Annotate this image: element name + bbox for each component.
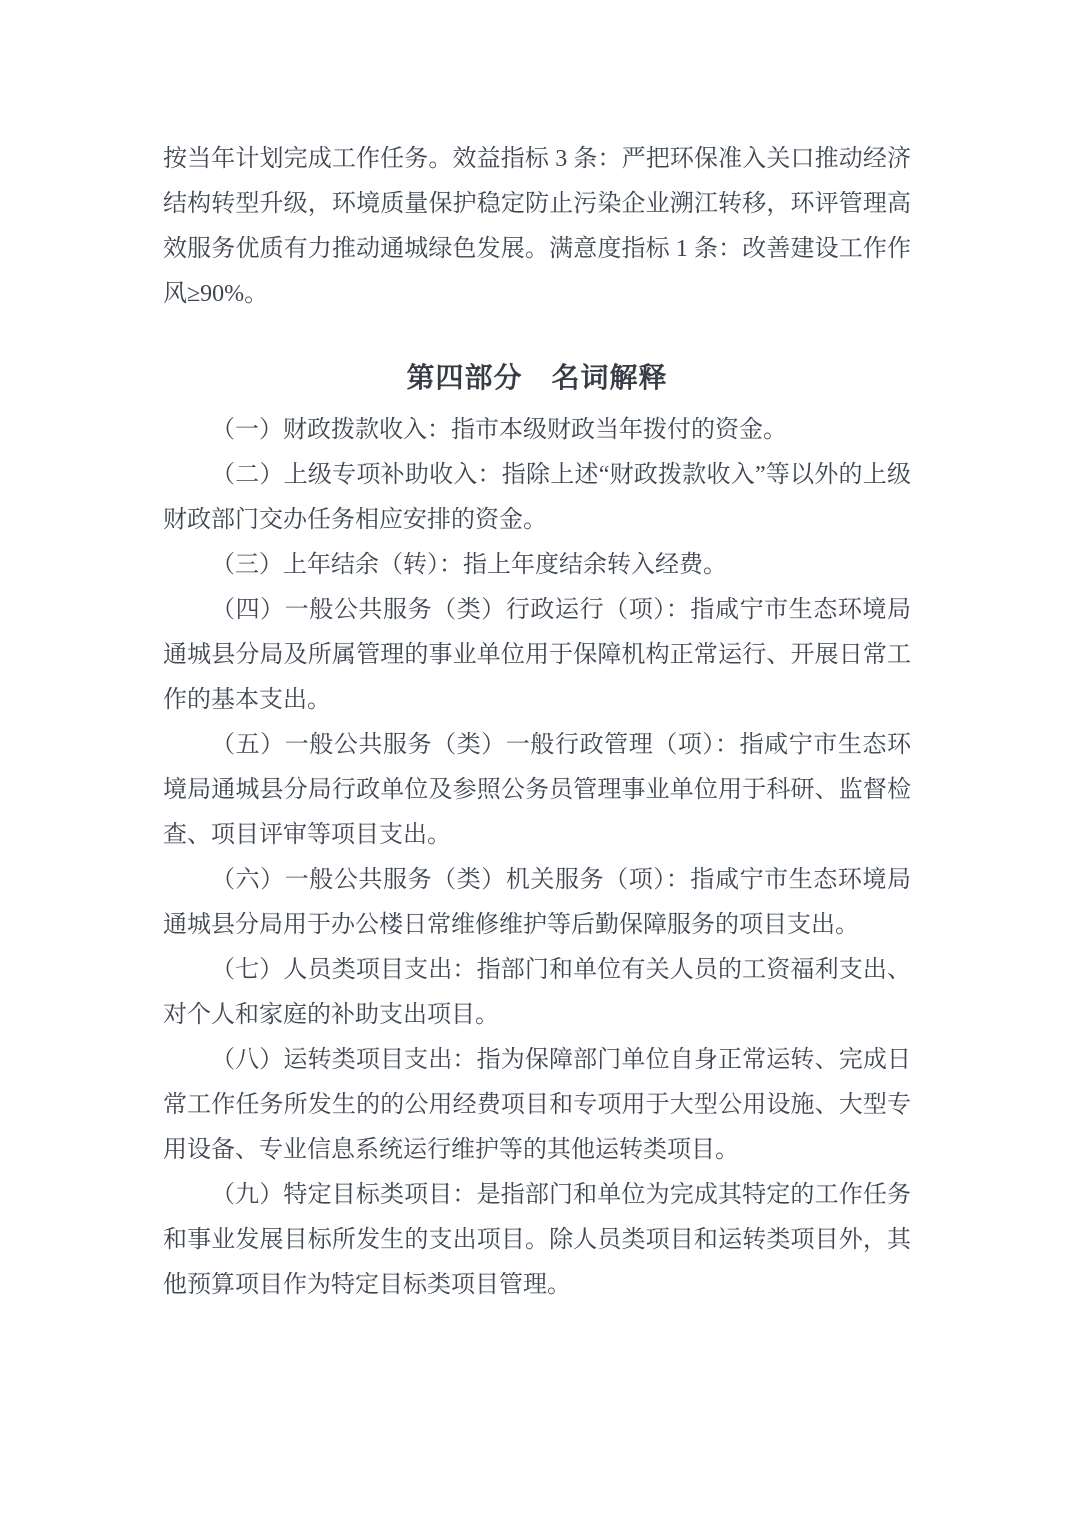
section-heading: 第四部分 名词解释 <box>163 355 911 400</box>
definition-paragraph: （一）财政拨款收入：指市本级财政当年拨付的资金。 <box>163 408 911 453</box>
definition-paragraph: （六）一般公共服务（类）机关服务（项）：指咸宁市生态环境局通城县分局用于办公楼日… <box>163 858 911 948</box>
definition-paragraph: （八）运转类项目支出：指为保障部门单位自身正常运转、完成日常工作任务所发生的的公… <box>163 1038 911 1173</box>
definitions-list: （一）财政拨款收入：指市本级财政当年拨付的资金。（二）上级专项补助收入：指除上述… <box>163 408 911 1308</box>
definition-paragraph: （四）一般公共服务（类）行政运行（项）：指咸宁市生态环境局通城县分局及所属管理的… <box>163 588 911 723</box>
definition-paragraph: （七）人员类项目支出：指部门和单位有关人员的工资福利支出、对个人和家庭的补助支出… <box>163 948 911 1038</box>
definition-paragraph: （九）特定目标类项目：是指部门和单位为完成其特定的工作任务和事业发展目标所发生的… <box>163 1173 911 1308</box>
definition-paragraph: （二）上级专项补助收入：指除上述“财政拨款收入”等以外的上级财政部门交办任务相应… <box>163 453 911 543</box>
page-content: 按当年计划完成工作任务。效益指标 3 条：严把环保准入关口推动经济结构转型升级，… <box>163 137 911 1308</box>
definition-paragraph: （五）一般公共服务（类）一般行政管理（项）：指咸宁市生态环境局通城县分局行政单位… <box>163 723 911 858</box>
definition-paragraph: （三）上年结余（转）：指上年度结余转入经费。 <box>163 543 911 588</box>
continuation-paragraph: 按当年计划完成工作任务。效益指标 3 条：严把环保准入关口推动经济结构转型升级，… <box>163 137 911 317</box>
document-page: 按当年计划完成工作任务。效益指标 3 条：严把环保准入关口推动经济结构转型升级，… <box>0 0 1074 1520</box>
